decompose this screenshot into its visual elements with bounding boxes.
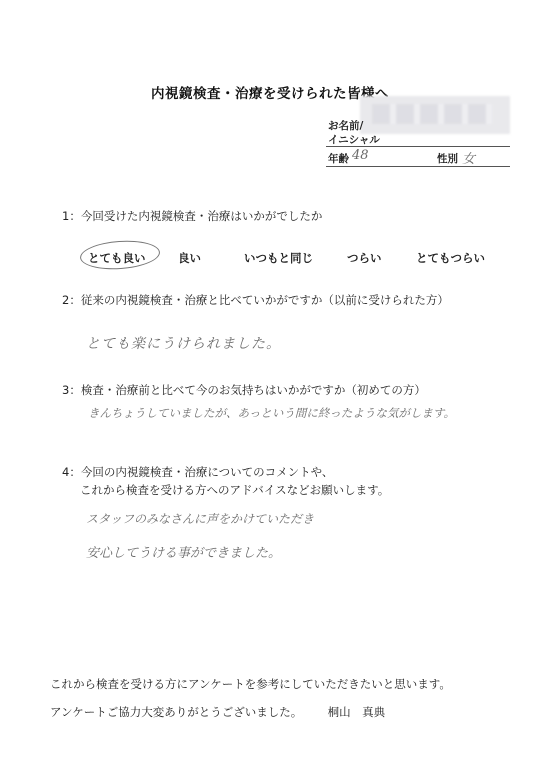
question-4-answer-line1: スタッフのみなさんに声をかけていただき [86,510,314,527]
question-2: 2：従来の内視鏡検査・治療と比べていかがですか（以前に受けられた方） [62,292,449,308]
name-underline [326,146,510,147]
option-painful[interactable]: つらい [347,250,382,266]
name-label-line1: お名前/ [328,118,363,133]
option-same-as-usual[interactable]: いつもと同じ [244,250,313,266]
question-4-text-line1: 今回の内視鏡検査・治療についてのコメントや、 [81,465,334,479]
footer-thanks: アンケートご協力大変ありがとうございました。 [50,705,302,719]
age-sex-underline [326,166,510,167]
footer-line2: アンケートご協力大変ありがとうございました。 桐山 真典 [50,704,385,720]
question-2-number: 2： [62,293,81,307]
option-very-painful[interactable]: とてもつらい [416,250,485,266]
question-3-answer: きんちょうしていましたが、あっという間に終ったような気がします。 [88,405,455,421]
question-3-text: 検査・治療前と比べて今のお気持ちはいかがですか（初めての方） [81,383,426,397]
option-very-good[interactable]: とても良い [88,250,146,266]
sex-label: 性別 [437,151,458,166]
age-label: 年齢 [328,151,349,166]
question-1: 1：今回受けた内視鏡検査・治療はいかがでしたか [62,208,322,224]
redacted-name-value [360,96,510,134]
option-good[interactable]: 良い [178,250,201,266]
question-2-text: 従来の内視鏡検査・治療と比べていかがですか（以前に受けられた方） [81,293,449,307]
question-4-number: 4： [62,465,81,479]
question-3: 3：検査・治療前と比べて今のお気持ちはいかがですか（初めての方） [62,382,426,398]
question-4-line1: 4：今回の内視鏡検査・治療についてのコメントや、 [62,464,333,480]
footer-signature: 桐山 真典 [328,705,386,719]
footer-line1: これから検査を受ける方にアンケートを参考にしていただきたいと思います。 [50,676,451,692]
age-value: 48 [352,148,369,163]
question-4-answer-line2: 安心してうける事ができました。 [86,542,281,561]
question-2-answer: とても楽にうけられました。 [86,333,281,353]
question-1-text: 今回受けた内視鏡検査・治療はいかがでしたか [81,209,323,223]
question-4-text-line2: これから検査を受ける方へのアドバイスなどお願いします。 [80,482,389,498]
name-label-line2: イニシャル [328,132,380,147]
sex-value: 女 [462,148,475,167]
question-1-number: 1： [62,209,81,223]
question-3-number: 3： [62,383,81,397]
